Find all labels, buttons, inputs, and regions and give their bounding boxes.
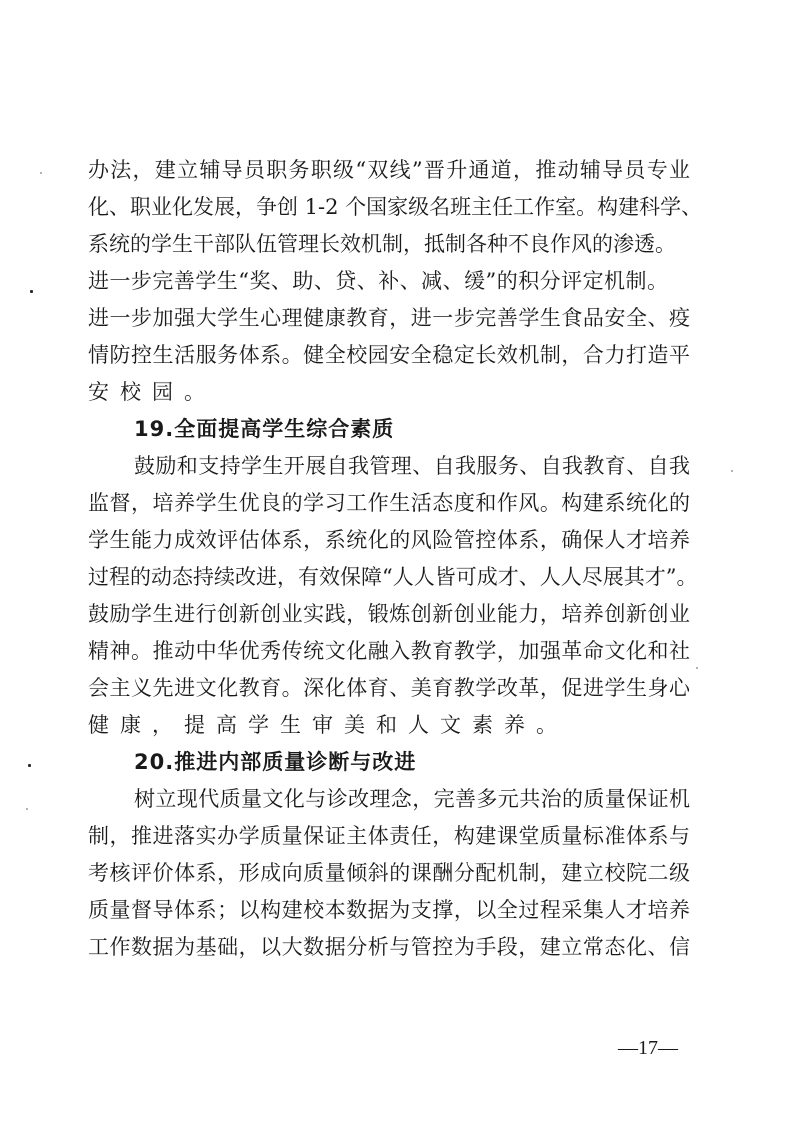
section-heading-19: 19.全面提高学生综合素质	[88, 411, 690, 448]
paragraph-line: 情防控生活服务体系。健全校园安全稳定长效机制，合力打造平	[88, 337, 690, 374]
document-page: 办法，建立辅导员职务职级“双线”晋升通道，推动辅导员专业 化、职业化发展，争创 …	[0, 0, 793, 1122]
paragraph-line: 安校园。	[88, 374, 690, 411]
paragraph-line: 工作数据为基础，以大数据分析与管控为手段，建立常态化、信	[88, 929, 690, 966]
paragraph-line: 系统的学生干部队伍管理长效机制，抵制各种不良作风的渗透。	[88, 226, 690, 263]
paragraph-line: 树立现代质量文化与诊改理念，完善多元共治的质量保证机	[88, 781, 690, 818]
paragraph-line: 化、职业化发展，争创 1-2 个国家级名班主任工作室。构建科学、	[88, 189, 690, 226]
body-text: 办法，建立辅导员职务职级“双线”晋升通道，推动辅导员专业 化、职业化发展，争创 …	[88, 152, 690, 966]
paragraph-line: 进一步加强大学生心理健康教育，进一步完善学生食品安全、疫	[88, 300, 690, 337]
paragraph-line: 健康，提高学生审美和人文素养。	[88, 707, 690, 744]
paragraph-line: 鼓励学生进行创新创业实践，锻炼创新创业能力，培养创新创业	[88, 596, 690, 633]
scan-speck	[26, 808, 28, 810]
paragraph-line: 进一步完善学生“奖、助、贷、补、减、缓”的积分评定机制。	[88, 263, 690, 300]
paragraph-line: 鼓励和支持学生开展自我管理、自我服务、自我教育、自我	[88, 448, 690, 485]
paragraph-line: 制，推进落实办学质量保证主体责任，构建课堂质量标准体系与	[88, 818, 690, 855]
paragraph-line: 会主义先进文化教育。深化体育、美育教学改革，促进学生身心	[88, 670, 690, 707]
binder-hole-mark	[28, 764, 31, 767]
scan-speck	[40, 172, 42, 174]
page-number: —17—	[618, 1036, 678, 1060]
paragraph-line: 精神。推动中华优秀传统文化融入教育教学，加强革命文化和社	[88, 633, 690, 670]
section-heading-20: 20.推进内部质量诊断与改进	[88, 744, 690, 781]
paragraph-line: 过程的动态持续改进，有效保障“人人皆可成才、人人尽展其才”。	[88, 559, 690, 596]
paragraph-line: 办法，建立辅导员职务职级“双线”晋升通道，推动辅导员专业	[88, 152, 690, 189]
paragraph-line: 考核评价体系，形成向质量倾斜的课酬分配机制，建立校院二级	[88, 855, 690, 892]
paragraph-line: 监督，培养学生优良的学习工作生活态度和作风。构建系统化的	[88, 485, 690, 522]
scan-speck	[696, 667, 698, 669]
scan-speck	[731, 470, 733, 472]
paragraph-line: 质量督导体系；以构建校本数据为支撑，以全过程采集人才培养	[88, 892, 690, 929]
binder-hole-mark	[30, 290, 33, 293]
paragraph-line: 学生能力成效评估体系，系统化的风险管控体系，确保人才培养	[88, 522, 690, 559]
